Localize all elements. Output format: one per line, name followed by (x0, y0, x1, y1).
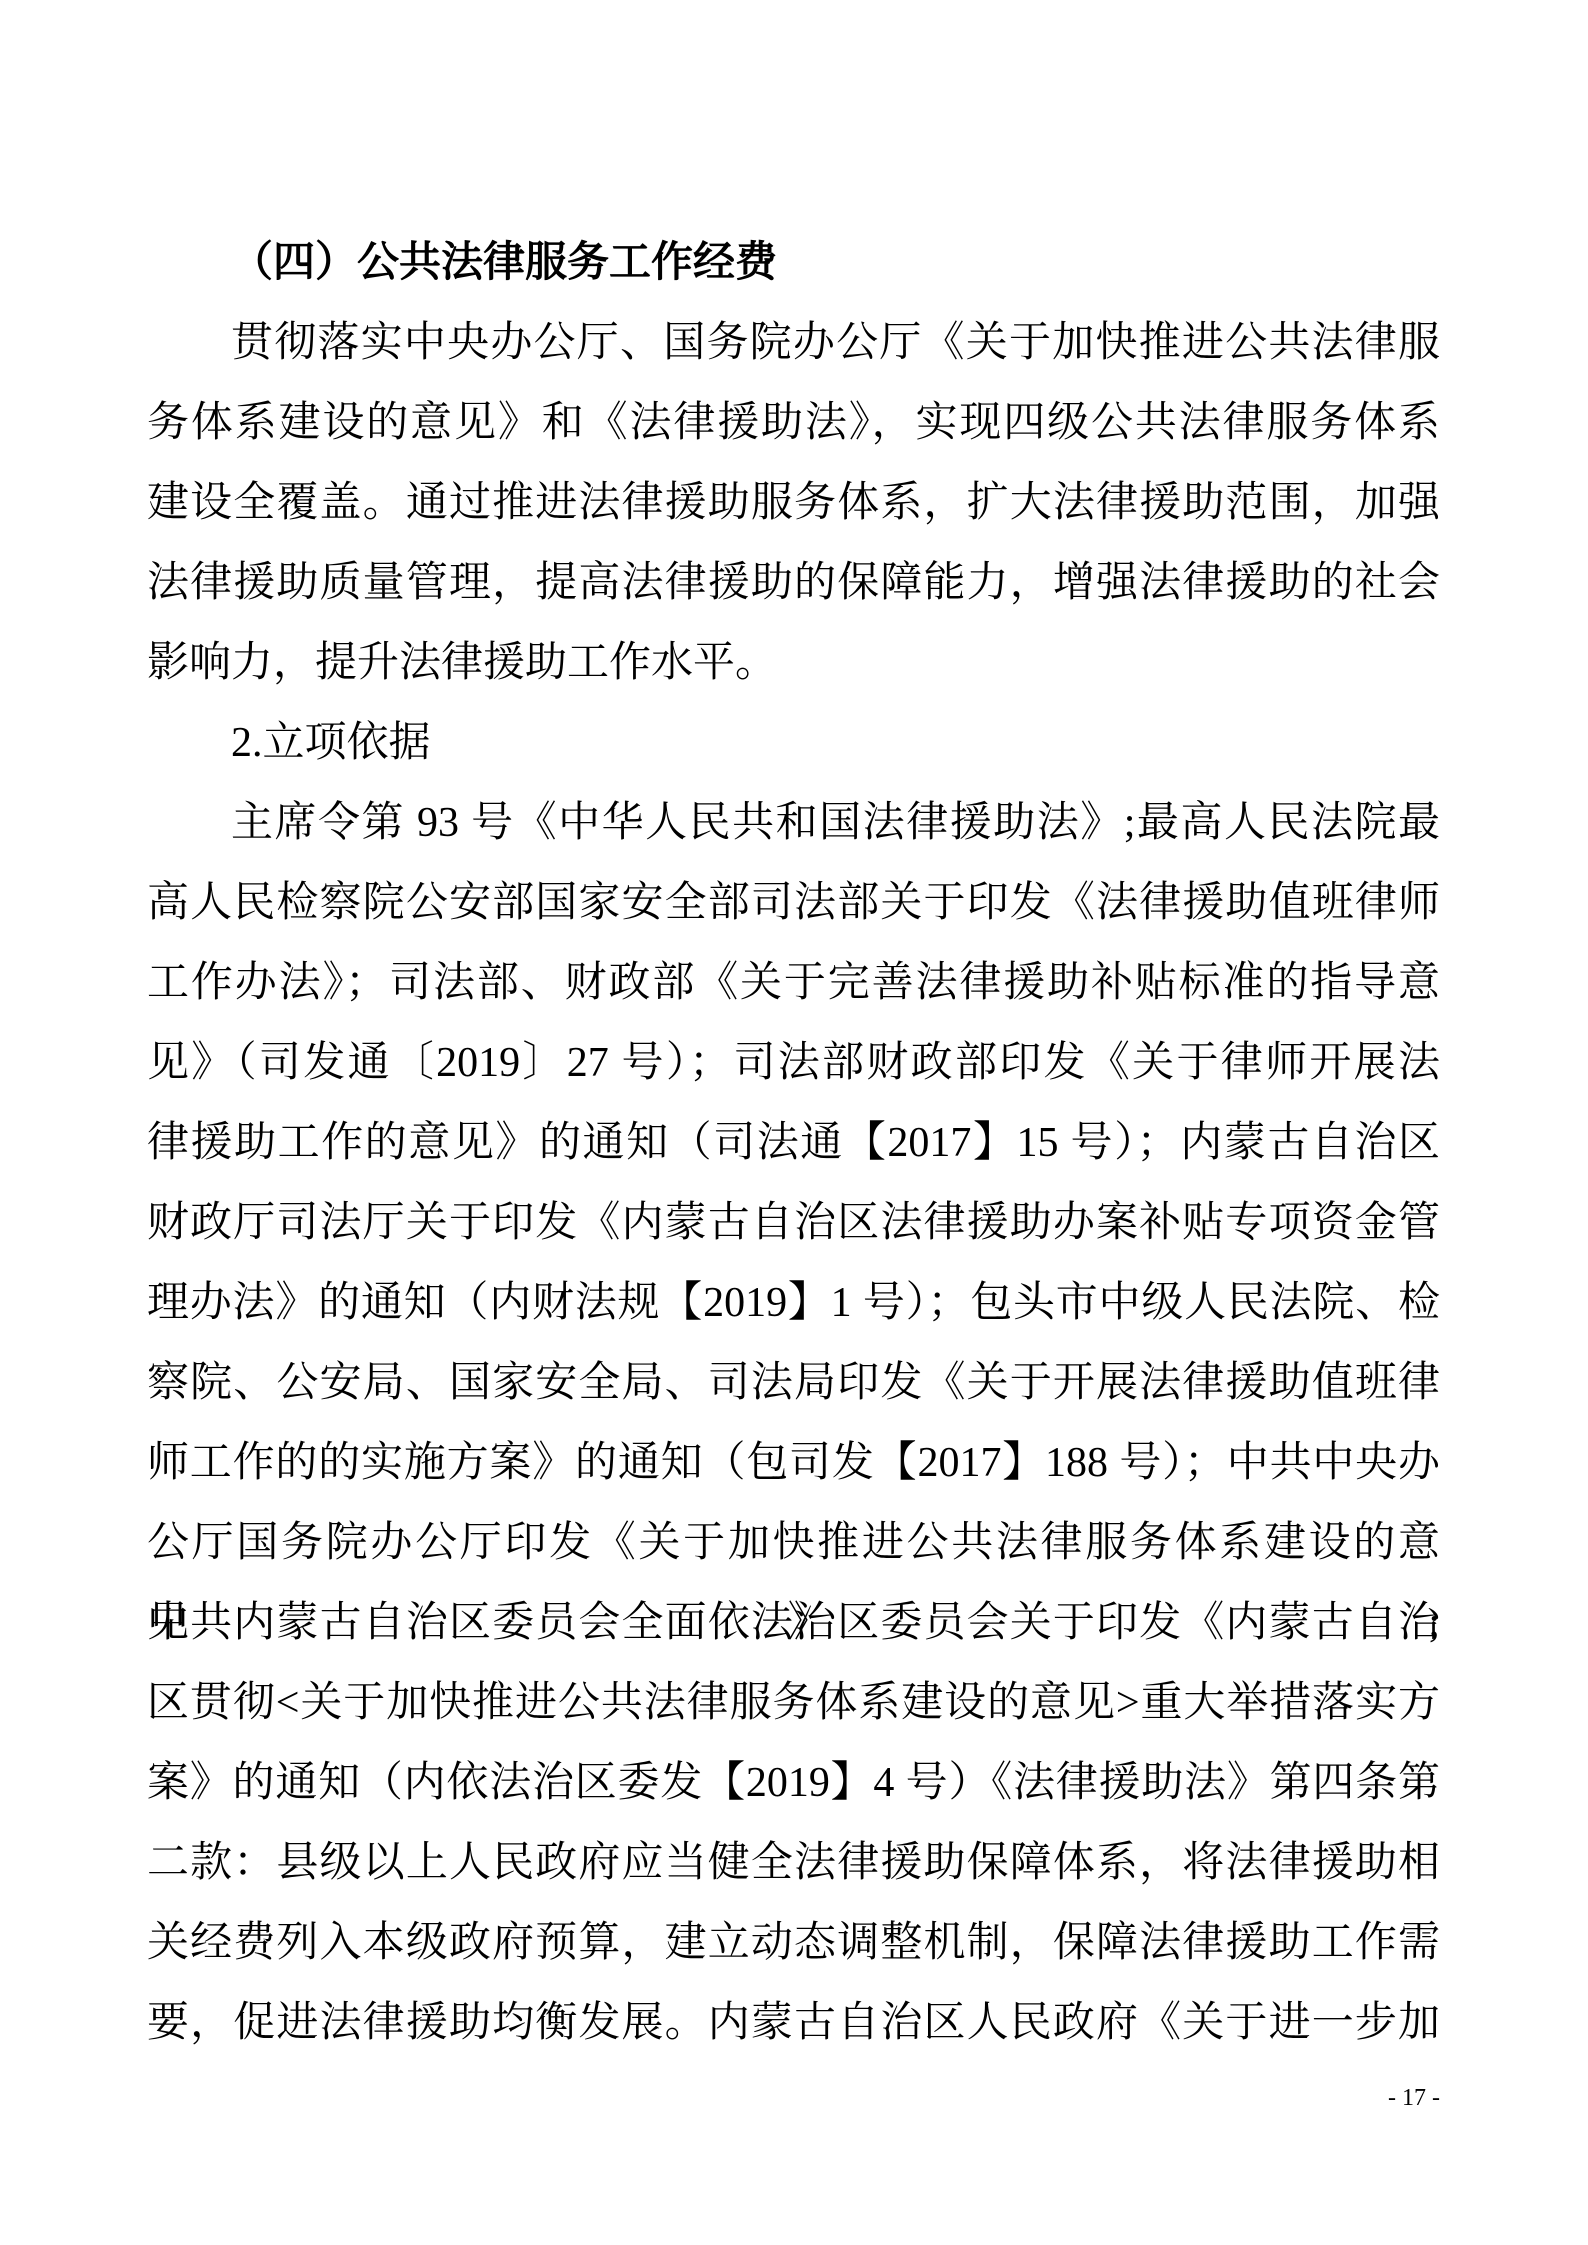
paragraph-line: 建设全覆盖。通过推进法律援助服务体系，扩大法律援助范围，加强 (147, 463, 1440, 543)
paragraph-line: 师工作的的实施方案》的通知（包司发【2017】188 号）；中共中央办 (147, 1423, 1440, 1503)
paragraph-line: 财政厅司法厅关于印发《内蒙古自治区法律援助办案补贴专项资金管 (147, 1183, 1440, 1263)
paragraph-line: 二款：县级以上人民政府应当健全法律援助保障体系，将法律援助相 (147, 1823, 1440, 1903)
paragraph-line: 案》的通知（内依法治区委发【2019】4 号）《法律援助法》第四条第 (147, 1743, 1440, 1823)
paragraph-line: 主席令第 93 号《中华人民共和国法律援助法》;最高人民法院最 (147, 783, 1440, 863)
section-heading: （四）公共法律服务工作经费 (147, 223, 1440, 303)
paragraph-line: 要，促进法律援助均衡发展。内蒙古自治区人民政府《关于进一步加 (147, 1983, 1440, 2063)
list-item-label: 2.立项依据 (147, 703, 1440, 783)
paragraph-line: 工作办法》；司法部、财政部《关于完善法律援助补贴标准的指导意 (147, 943, 1440, 1023)
paragraph-line: 高人民检察院公安部国家安全部司法部关于印发《法律援助值班律师 (147, 863, 1440, 943)
paragraph-line: 贯彻落实中央办公厅、国务院办公厅《关于加快推进公共法律服 (147, 303, 1440, 383)
text-column: （四）公共法律服务工作经费 贯彻落实中央办公厅、国务院办公厅《关于加快推进公共法… (147, 223, 1440, 2063)
paragraph-line: 区贯彻<关于加快推进公共法律服务体系建设的意见>重大举措落实方 (147, 1663, 1440, 1743)
paragraph-line: 见》（司发通〔2019〕27 号）；司法部财政部印发《关于律师开展法 (147, 1023, 1440, 1103)
paragraph-line: 公厅国务院办公厅印发《关于加快推进公共法律服务体系建设的意见》; (147, 1503, 1440, 1583)
page-number: - 17 - (147, 2082, 1440, 2114)
paragraph-line: 法律援助质量管理，提高法律援助的保障能力，增强法律援助的社会 (147, 543, 1440, 623)
paragraph-line: 务体系建设的意见》和《法律援助法》，实现四级公共法律服务体系 (147, 383, 1440, 463)
document-page: （四）公共法律服务工作经费 贯彻落实中央办公厅、国务院办公厅《关于加快推进公共法… (0, 0, 1588, 2245)
paragraph-line: 中共内蒙古自治区委员会全面依法治区委员会关于印发《内蒙古自治 (147, 1583, 1440, 1663)
paragraph-line: 影响力，提升法律援助工作水平。 (147, 623, 1440, 703)
paragraph-line: 律援助工作的意见》的通知（司法通【2017】15 号）；内蒙古自治区 (147, 1103, 1440, 1183)
paragraph-line: 关经费列入本级政府预算，建立动态调整机制，保障法律援助工作需 (147, 1903, 1440, 1983)
paragraph-line: 理办法》的通知（内财法规【2019】1 号）；包头市中级人民法院、检 (147, 1263, 1440, 1343)
paragraph-line: 察院、公安局、国家安全局、司法局印发《关于开展法律援助值班律 (147, 1343, 1440, 1423)
